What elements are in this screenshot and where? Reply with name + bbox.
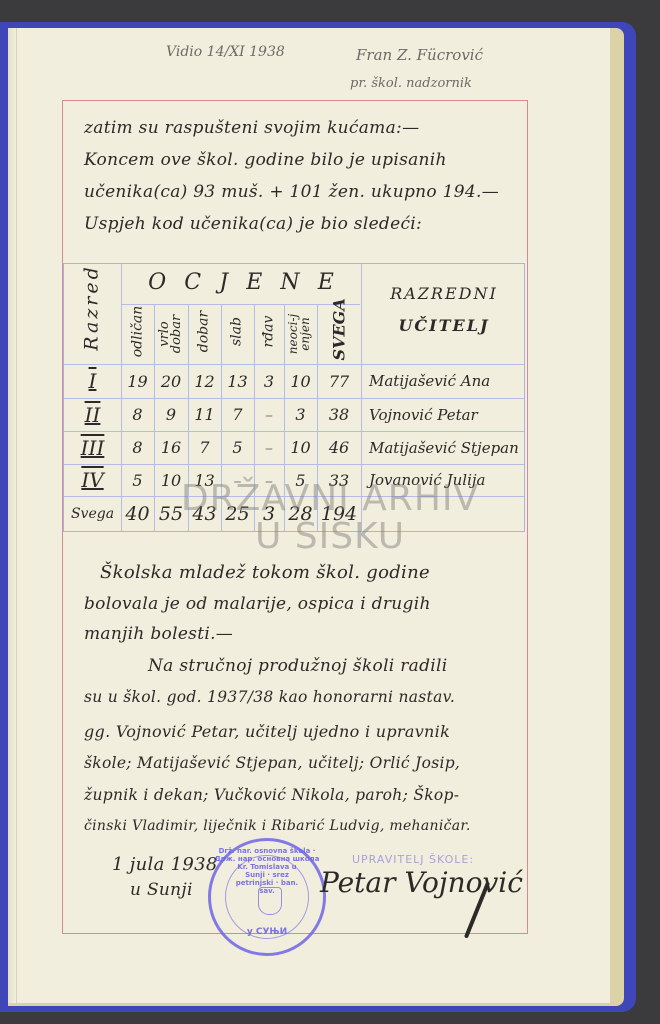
paragraph-line: učenika(ca) 93 muš. + 101 žen. ukupno 19… bbox=[84, 182, 499, 202]
paragraph-line: Uspjeh kod učenika(ca) je bio sledeći: bbox=[84, 214, 422, 234]
subheader-odlican: odličan bbox=[133, 301, 144, 363]
ocjene-header: O C J E N E bbox=[121, 270, 361, 295]
coat-of-arms-icon bbox=[258, 887, 282, 915]
paragraph-line: Koncem ove škol. godine bilo je upisanih bbox=[84, 150, 447, 170]
subheader-svega: SVEGA bbox=[334, 303, 345, 361]
paragraph-line: gg. Vojnović Petar, učitelj ujedno i upr… bbox=[84, 722, 450, 741]
paragraph-line: su u škol. god. 1937/38 kao honorarni na… bbox=[84, 688, 455, 706]
paragraph-line: zatim su raspušteni svojim kućama:— bbox=[84, 118, 419, 138]
razred-header: Razred bbox=[87, 258, 98, 358]
subheader-dobar: dobar bbox=[199, 303, 210, 361]
closing-place: u Sunji bbox=[130, 880, 193, 900]
principal-label: UPRAVITELJ ŠKOLE: bbox=[352, 853, 474, 866]
paragraph-line: škole; Matijašević Stjepan, učitelj; Orl… bbox=[84, 754, 460, 772]
subheader-vrlo-dobar: vrlo dobar bbox=[159, 311, 183, 357]
subheader-neocijenjen: neoci-jenjen bbox=[287, 311, 311, 357]
inspector-signature: Fran Z. Fücrović bbox=[356, 46, 483, 64]
row-class: III bbox=[64, 431, 121, 464]
top-margin-line bbox=[62, 100, 528, 101]
closing-date: 1 jula 1938 bbox=[112, 854, 218, 875]
viewed-note: Vidio 14/XI 1938 bbox=[166, 44, 285, 60]
paragraph-line: župnik i dekan; Vučković Nikola, paroh; … bbox=[84, 786, 459, 804]
school-stamp: Drž. nar. osnovna škola · Држ. нар. осно… bbox=[208, 838, 326, 956]
row-class: II bbox=[64, 398, 121, 431]
subheader-slab: slab bbox=[232, 303, 243, 361]
paragraph-line: Na stručnoj produžnoj školi radili bbox=[148, 656, 448, 676]
teacher-name: Vojnović Petar bbox=[361, 398, 526, 431]
paragraph-line: bolovala je od malarije, ospica i drugih bbox=[84, 594, 431, 614]
teacher-header: RAZREDNI UČITELJ bbox=[362, 278, 526, 342]
archive-watermark-line2: U SISKU bbox=[0, 516, 660, 557]
archive-watermark: DRŽAVNI ARHIV bbox=[0, 478, 660, 519]
paragraph-line: Školska mladež tokom škol. godine bbox=[100, 562, 430, 583]
paragraph-line: manjih bolesti.— bbox=[84, 624, 233, 644]
principal-signature: Petar Vojnović bbox=[320, 866, 523, 899]
teacher-name: Matijašević Stjepan bbox=[361, 431, 533, 464]
subheader-rdav: rđav bbox=[264, 303, 275, 361]
paragraph-line: činski Vladimir, liječnik i Ribarić Ludv… bbox=[84, 818, 471, 834]
inspector-title: pr. škol. nadzornik bbox=[350, 76, 472, 91]
row-class: I bbox=[64, 364, 121, 398]
teacher-name: Matijašević Ana bbox=[361, 364, 526, 398]
